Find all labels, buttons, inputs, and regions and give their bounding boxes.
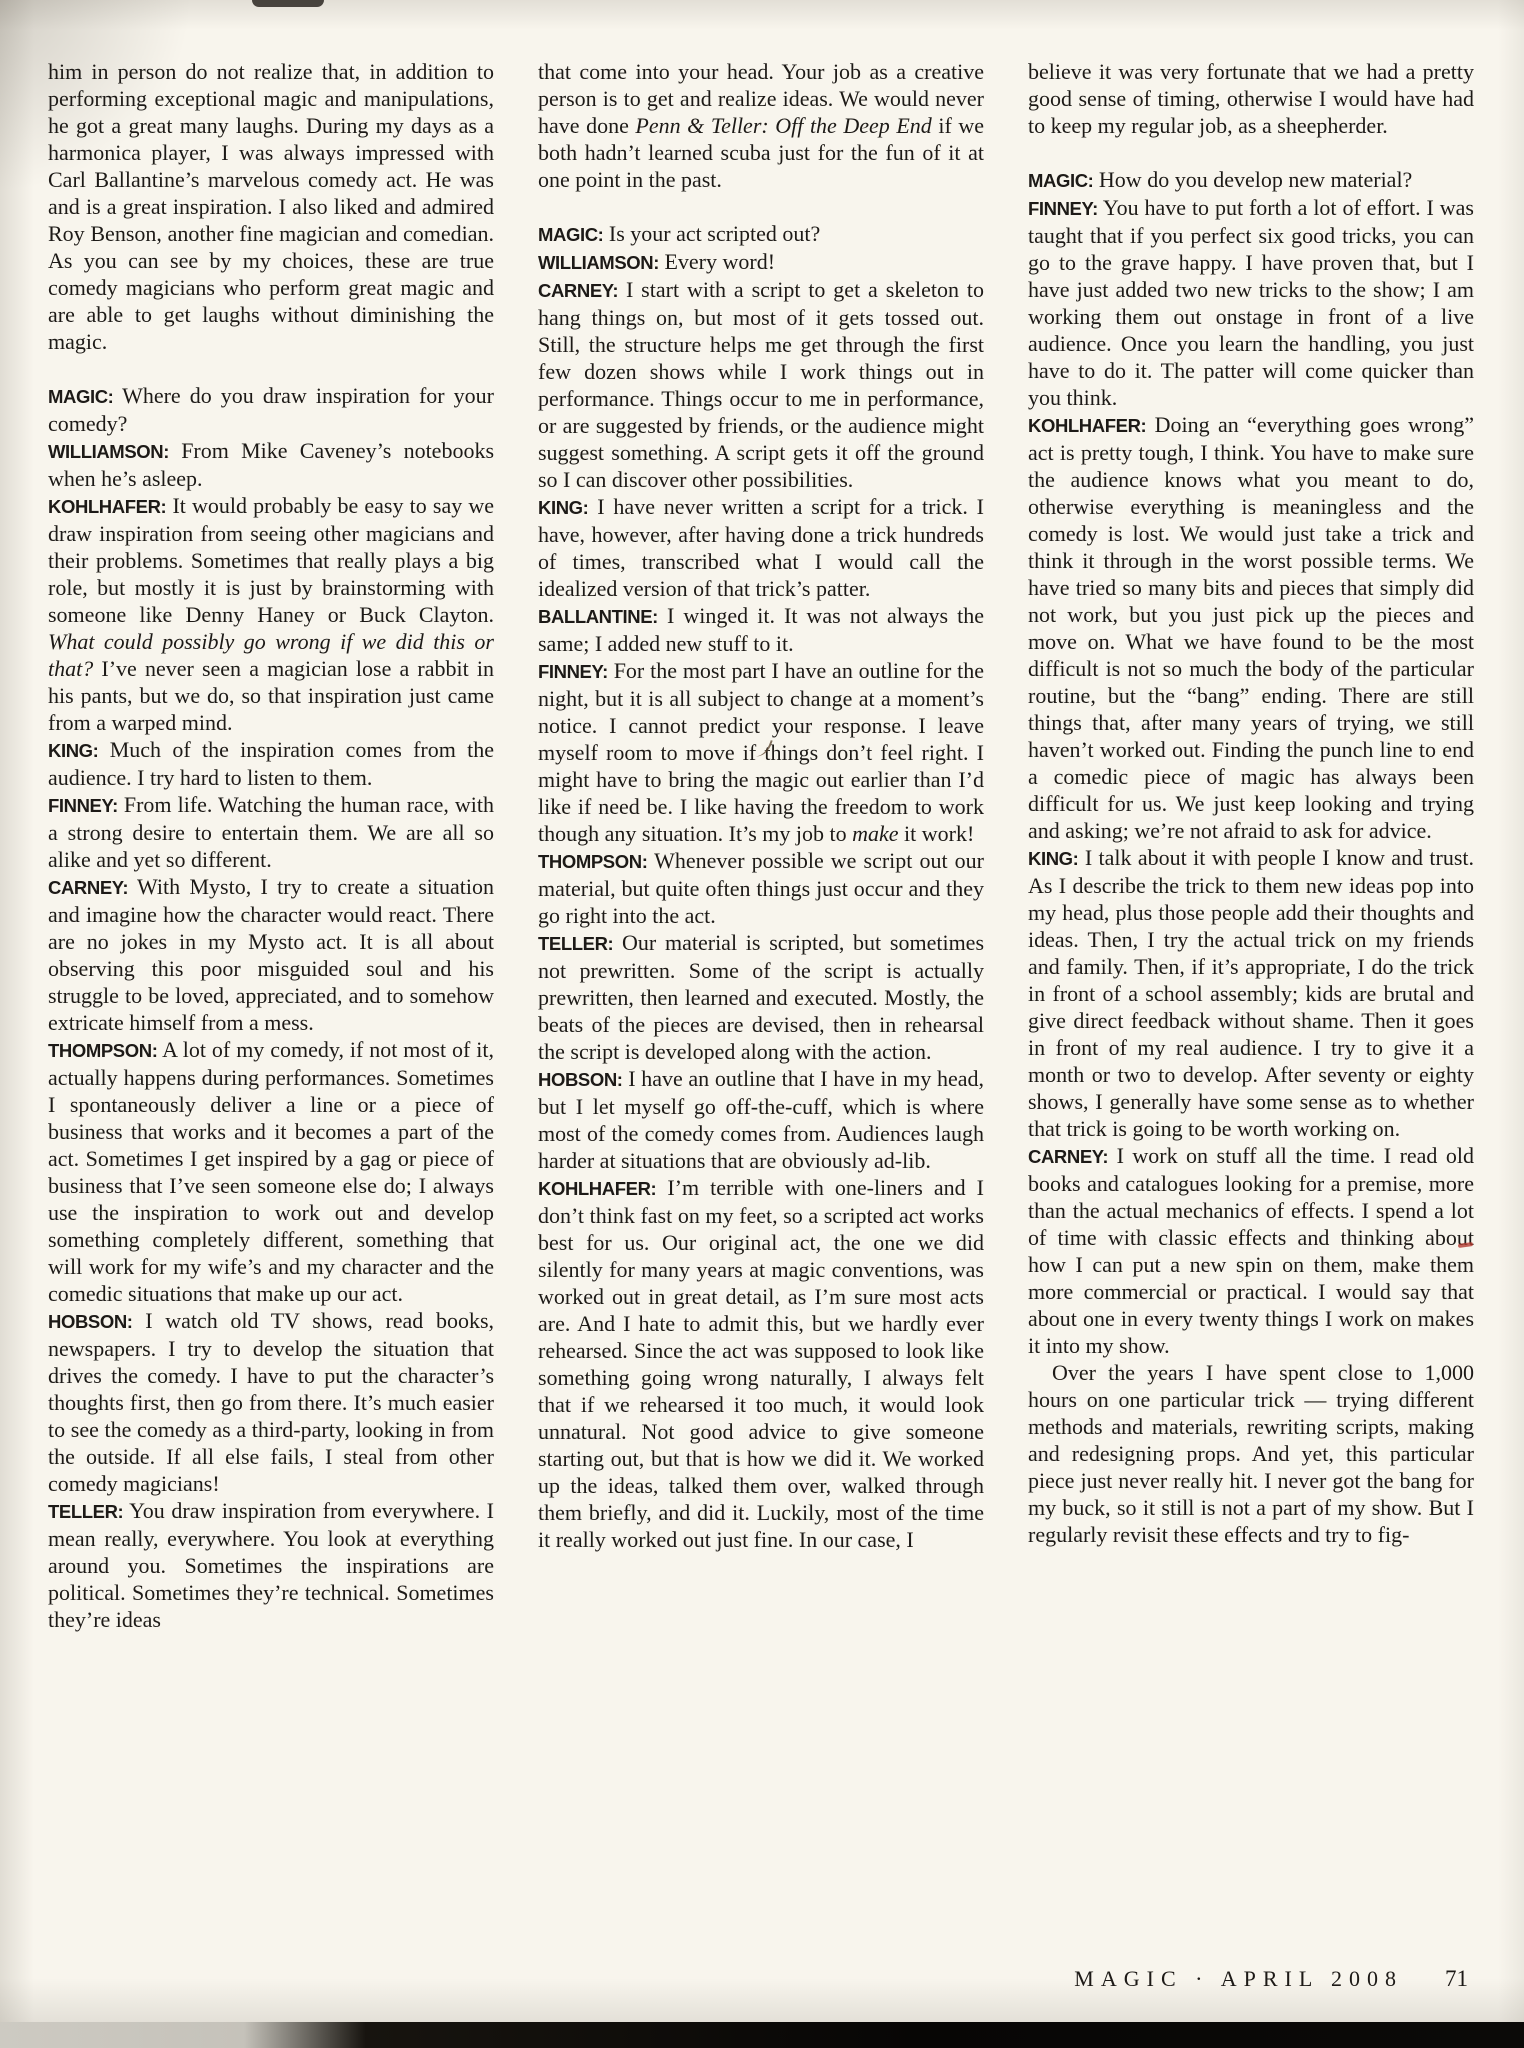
body-text: him in person do not realize that, in ad… [48,59,494,354]
speaker-label: KING: [48,740,98,761]
body-text: believe it was very fortunate that we ha… [1028,59,1474,138]
dialogue-paragraph: TELLER: You draw inspiration from everyw… [48,1497,494,1633]
speaker-label: THOMPSON: [538,851,647,872]
text-paragraph: Over the years I have spent close to 1,0… [1028,1359,1474,1548]
dialogue-paragraph: KING: I have never written a script for … [538,493,984,602]
text-paragraph: that come into your head. Your job as a … [538,58,984,193]
dialogue-paragraph: HOBSON: I have an outline that I have in… [538,1065,984,1174]
dialogue-paragraph: CARNEY: With Mysto, I try to create a si… [48,873,494,1036]
speaker-label: BALLANTINE: [538,606,658,627]
body-text: I start with a script to get a skeleton … [538,277,984,492]
scan-smudge-top [252,0,324,7]
text-paragraph: believe it was very fortunate that we ha… [1028,58,1474,139]
speaker-label: CARNEY: [538,280,618,301]
body-text: A lot of my comedy, if not most of it, a… [48,1037,494,1306]
body-text: Over the years I have spent close to 1,0… [1028,1360,1474,1547]
speaker-label: HOBSON: [538,1069,623,1090]
italic-text: make [852,821,898,846]
speaker-label: KOHLHAFER: [538,1178,656,1199]
column-right: believe it was very fortunate that we ha… [1028,58,1474,1633]
speaker-label: FINNEY: [1028,198,1098,219]
speaker-label: MAGIC: [538,224,603,245]
speaker-label: WILLIAMSON: [538,252,659,273]
body-text: it work! [899,821,975,846]
dialogue-paragraph: CARNEY: I work on stuff all the time. I … [1028,1142,1474,1359]
dialogue-paragraph: KING: I talk about it with people I know… [1028,844,1474,1142]
speaker-label: MAGIC: [1028,170,1093,191]
dialogue-paragraph: FINNEY: You have to put forth a lot of e… [1028,194,1474,411]
body-text: I talk about it with people I know and t… [1028,845,1474,1141]
body-text: You have to put forth a lot of effort. I… [1028,195,1474,410]
body-text: I watch old TV shows, read books, newspa… [48,1308,494,1496]
speaker-label: KOHLHAFER: [48,496,166,517]
page-bottom-edge [0,2022,1524,2048]
body-text: I have never written a script for a tric… [538,494,984,601]
dialogue-paragraph: KOHLHAFER: It would probably be easy to … [48,492,494,736]
dialogue-paragraph: WILLIAMSON: Every word! [538,248,984,276]
dialogue-paragraph: BALLANTINE: I winged it. It was not alwa… [538,602,984,657]
dialogue-paragraph: MAGIC: Where do you draw inspiration for… [48,382,494,437]
dialogue-paragraph: MAGIC: Is your act scripted out? [538,220,984,248]
speaker-label: CARNEY: [48,877,128,898]
footer-issue-line: MAGIC · APRIL 2008 [1074,1966,1403,1992]
body-text: Is your act scripted out? [609,221,820,246]
text-paragraph: him in person do not realize that, in ad… [48,58,494,355]
italic-text: Penn & Teller: Off the Deep End [635,113,931,138]
speaker-label: TELLER: [48,1501,123,1522]
dialogue-paragraph: KING: Much of the inspiration comes from… [48,736,494,791]
dialogue-paragraph: THOMPSON: Whenever possible we script ou… [538,847,984,929]
magazine-page: him in person do not realize that, in ad… [0,0,1524,2048]
speaker-label: KING: [1028,848,1078,869]
dialogue-paragraph: MAGIC: How do you develop new material? [1028,166,1474,194]
dialogue-paragraph: CARNEY: I start with a script to get a s… [538,276,984,493]
body-text: With Mysto, I try to create a situation … [48,874,494,1035]
speaker-label: TELLER: [538,933,613,954]
dialogue-paragraph: THOMPSON: A lot of my comedy, if not mos… [48,1036,494,1307]
footer-page-number: 71 [1445,1966,1468,1992]
body-text: I’ve never seen a magician lose a rabbit… [48,656,494,735]
body-text: I’m terrible with one-liners and I don’t… [538,1175,984,1552]
speaker-label: HOBSON: [48,1311,133,1332]
dialogue-paragraph: HOBSON: I watch old TV shows, read books… [48,1307,494,1497]
dialogue-paragraph: WILLIAMSON: From Mike Caveney’s notebook… [48,437,494,492]
dialogue-paragraph: KOHLHAFER: Doing an “everything goes wro… [1028,411,1474,844]
speaker-label: FINNEY: [538,661,608,682]
body-text: How do you develop new material? [1099,167,1412,192]
column-middle: that come into your head. Your job as a … [538,58,984,1633]
body-text: Every word! [664,249,775,274]
dialogue-paragraph: TELLER: Our material is scripted, but so… [538,929,984,1065]
body-text: I work on stuff all the time. I read old… [1028,1143,1474,1358]
speaker-label: CARNEY: [1028,1146,1108,1167]
body-text: Doing an “everything goes wrong” act is … [1028,412,1474,843]
article-columns: him in person do not realize that, in ad… [48,58,1474,1633]
speaker-label: WILLIAMSON: [48,441,169,462]
page-footer: MAGIC · APRIL 2008 71 [1074,1966,1468,1992]
speaker-label: THOMPSON: [48,1040,157,1061]
column-left: him in person do not realize that, in ad… [48,58,494,1633]
body-text: Much of the inspiration comes from the a… [48,737,494,790]
speaker-label: FINNEY: [48,795,118,816]
speaker-label: KOHLHAFER: [1028,415,1146,436]
body-text: Where do you draw inspiration for your c… [48,383,494,436]
dialogue-paragraph: KOHLHAFER: I’m terrible with one-liners … [538,1174,984,1553]
speaker-label: MAGIC: [48,386,113,407]
dialogue-paragraph: FINNEY: From life. Watching the human ra… [48,791,494,873]
speaker-label: KING: [538,497,588,518]
